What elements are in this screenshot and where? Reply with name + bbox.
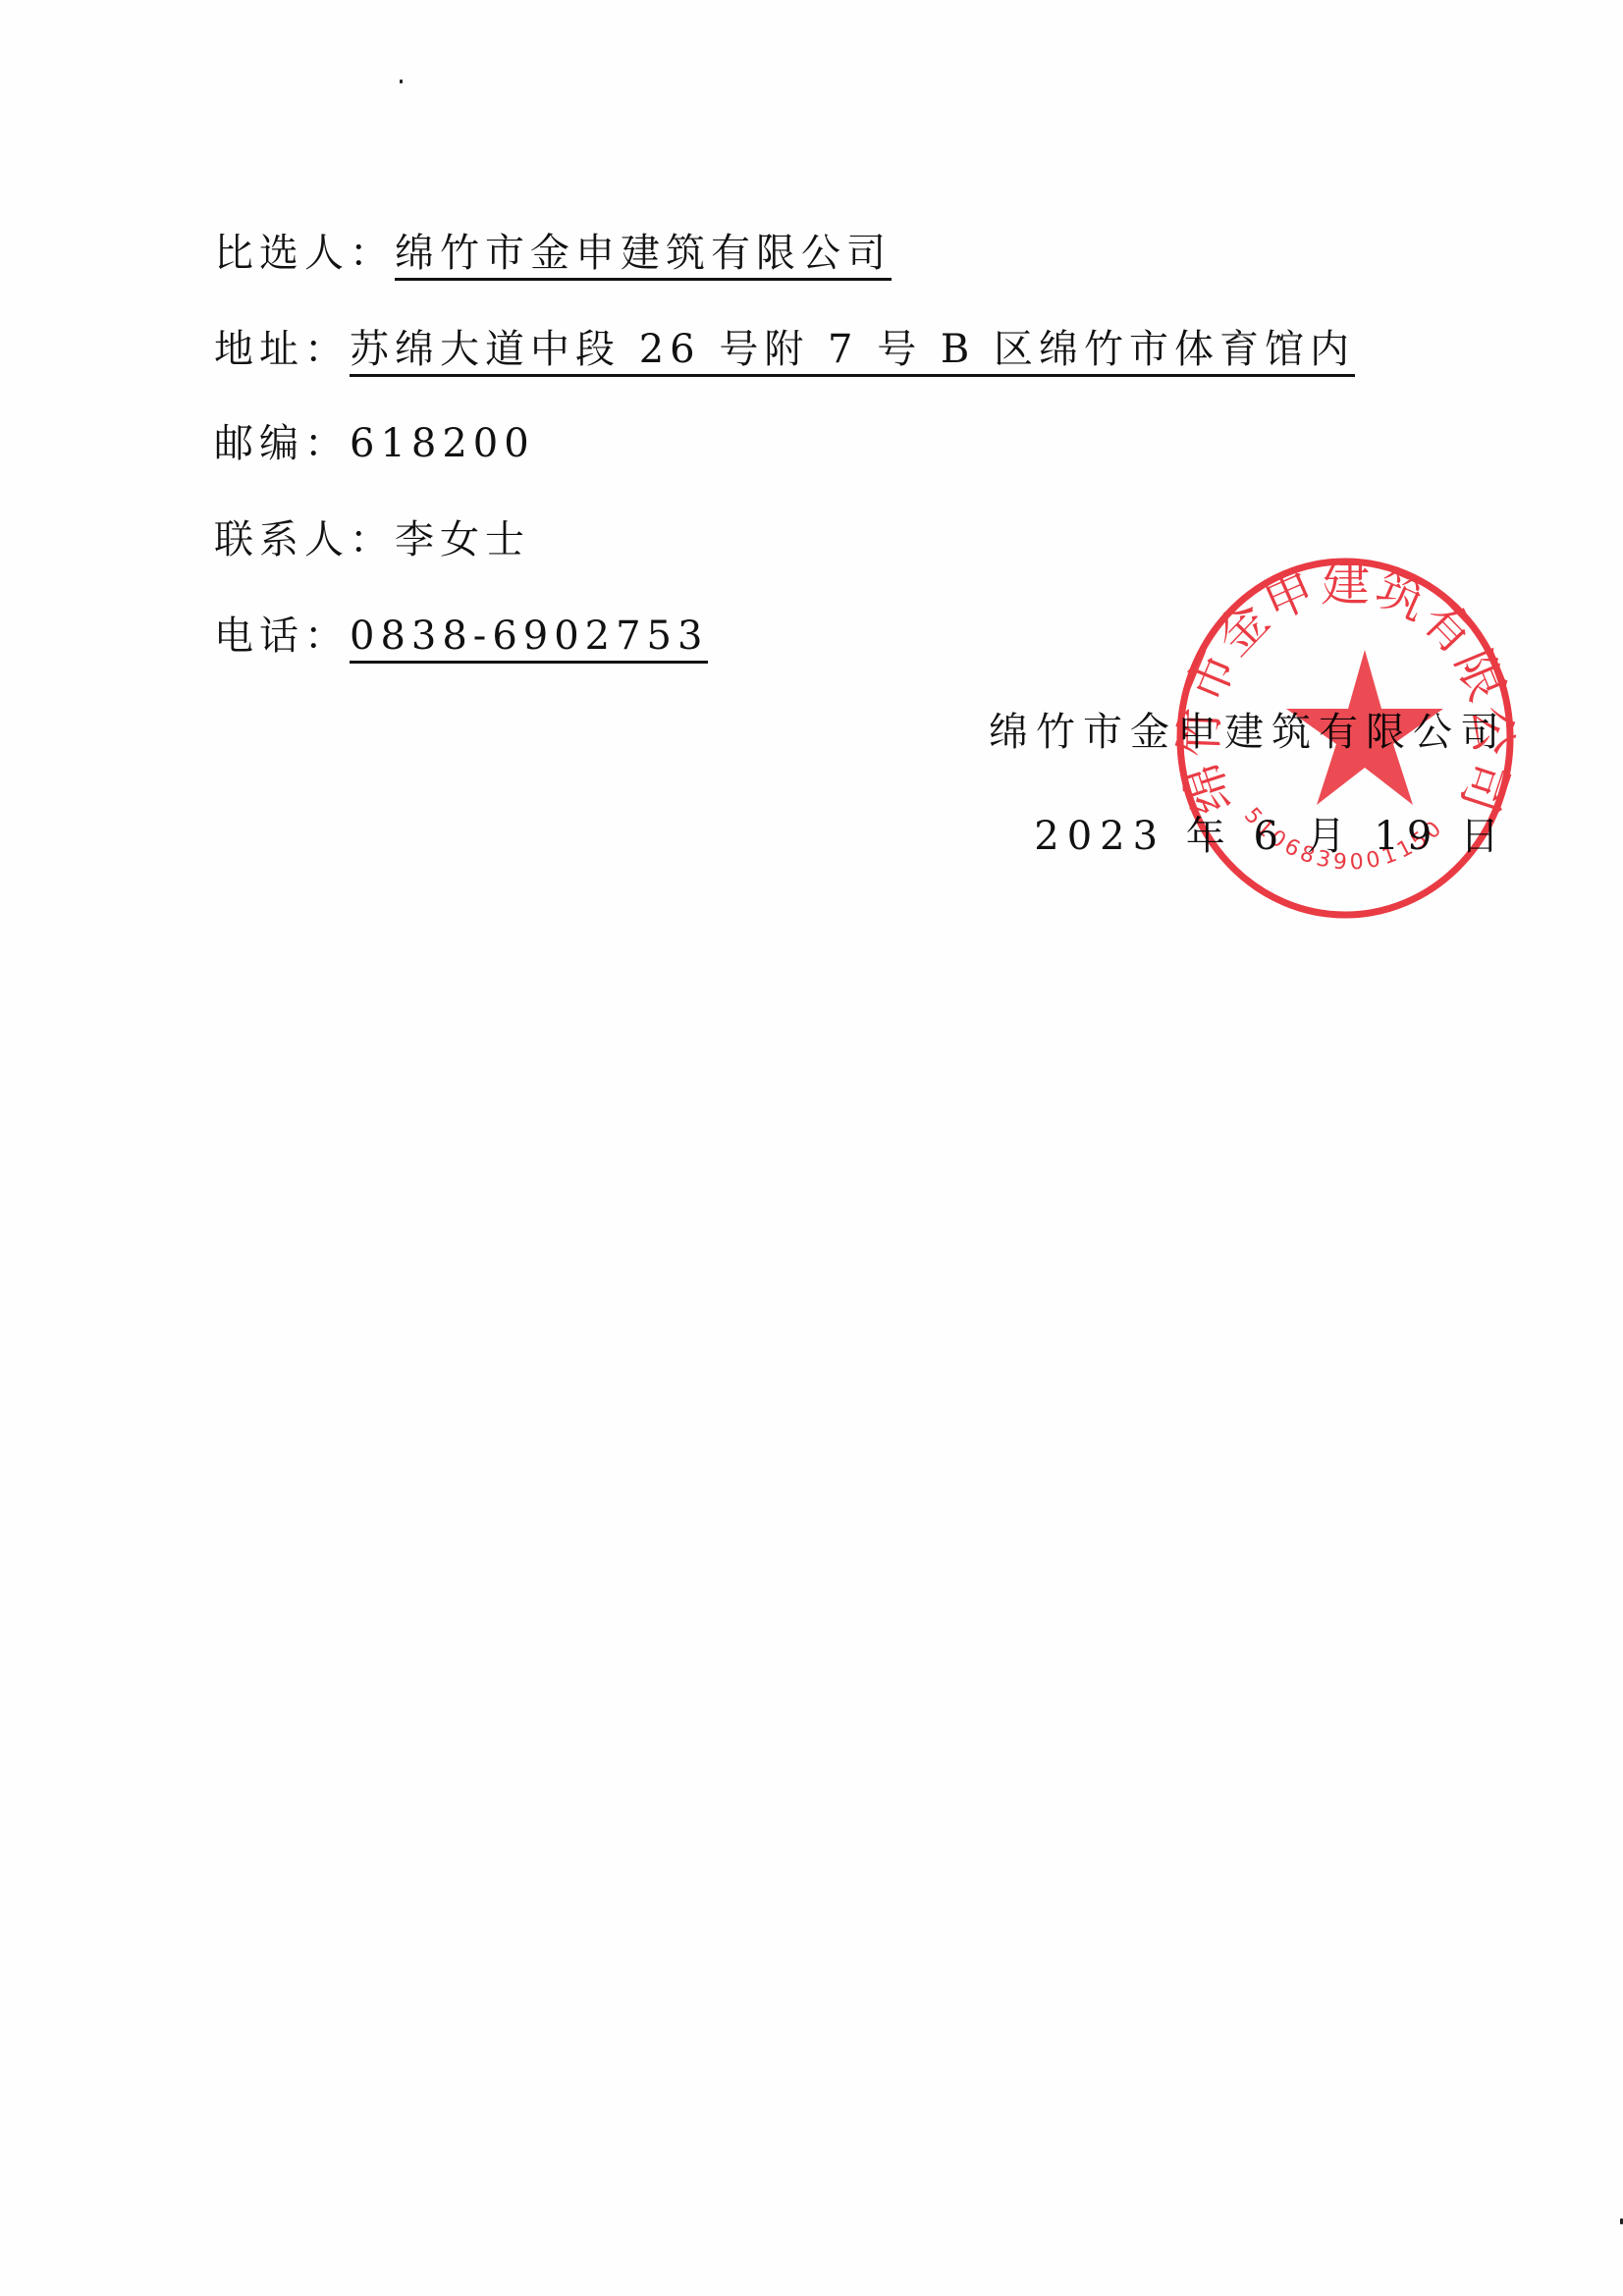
star-icon (1286, 650, 1443, 805)
stamp-code: 5106839001150 (1239, 803, 1449, 875)
scan-speck (400, 80, 403, 83)
field-value-phone: 0838-6902753 (350, 614, 708, 664)
field-value-postcode: 618200 (350, 421, 535, 466)
field-phone: 电话：0838-6902753 (214, 611, 708, 662)
field-label: 地址： (214, 327, 350, 372)
field-label: 电话： (214, 614, 350, 659)
company-seal-stamp: 绵竹市金申建筑有限公司 5106839001150 (1173, 552, 1517, 921)
field-bidder: 比选人：绵竹市金申建筑有限公司 (214, 228, 892, 279)
field-label: 比选人： (214, 231, 395, 276)
document-page: 比选人：绵竹市金申建筑有限公司 地址：苏绵大道中段 26 号附 7 号 B 区绵… (0, 0, 1623, 2296)
field-value-contact: 李女士 (395, 517, 530, 562)
field-value-bidder: 绵竹市金申建筑有限公司 (395, 231, 892, 281)
field-value-address: 苏绵大道中段 26 号附 7 号 B 区绵竹市体育馆内 (350, 327, 1355, 377)
field-label: 联系人： (214, 517, 395, 562)
field-label: 邮编： (214, 421, 350, 466)
field-address: 地址：苏绵大道中段 26 号附 7 号 B 区绵竹市体育馆内 (214, 324, 1355, 375)
field-postcode: 邮编：618200 (214, 418, 535, 469)
field-contact: 联系人：李女士 (214, 514, 530, 565)
